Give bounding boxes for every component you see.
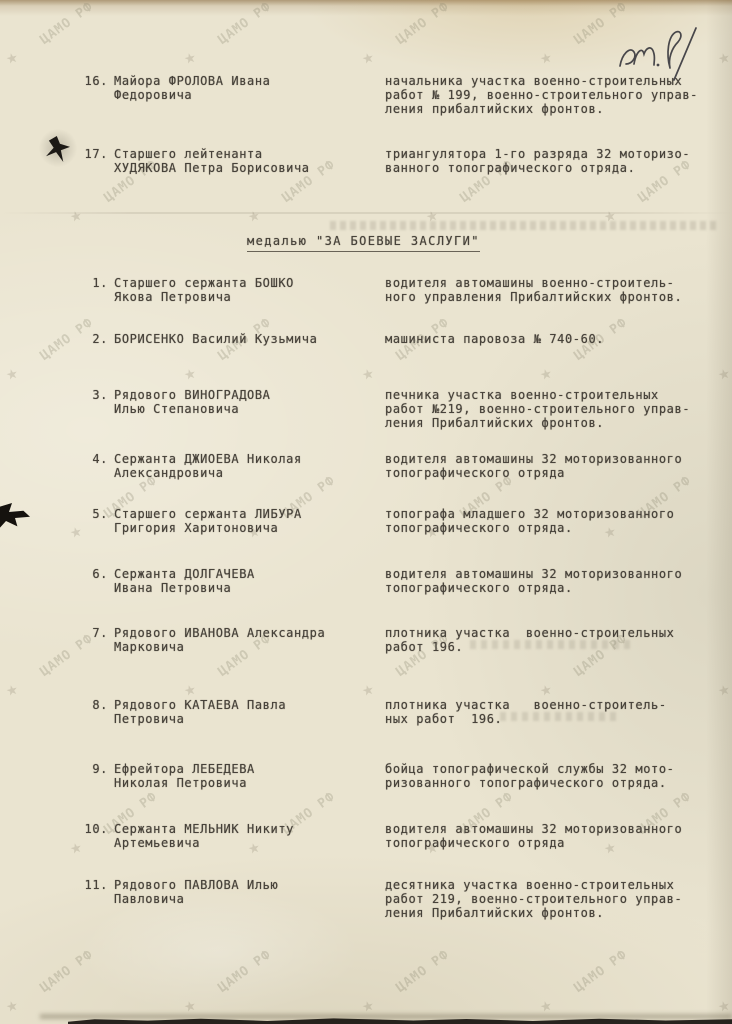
entry-number: 3. [76,388,108,402]
recipient-name-line: Рядового КАТАЕВА Павла [114,698,286,712]
page-bottom-shadow [40,1014,732,1019]
recipient-name-line: Ивана Петровича [114,581,255,595]
star-watermark-icon: ★ [360,361,376,385]
award-description-line: триангулятора 1-го разряда 32 моторизо- [385,147,690,161]
entry-number: 16. [76,74,108,88]
star-watermark-icon: ★ [4,993,20,1017]
award-description: водителя автомашины 32 моторизованного т… [385,567,682,595]
camo-watermark-text: ЦАМО РФ [571,947,630,995]
star-watermark-icon: ★ [68,203,84,227]
recipient-name-line: Григория Харитоновича [114,521,302,535]
star-watermark-icon: ★ [538,361,554,385]
recipient-name-line: Федоровича [114,88,271,102]
award-description-line: ризованного топографического отряда. [385,776,675,790]
recipient-name: Рядового ПАВЛОВА Илью Павловича [114,878,278,906]
award-description: начальника участка военно-строительных р… [385,74,698,116]
recipient-name: Рядового ИВАНОВА Александра Марковича [114,626,325,654]
camo-watermark-text: ЦАМО РФ [215,947,274,995]
entry-number: 4. [76,452,108,466]
camo-watermark-text: ЦАМО РФ [393,947,452,995]
recipient-name-line: Павловича [114,892,278,906]
award-description-line: водителя автомашины военно-строитель- [385,276,682,290]
recipient-name-line: Сержанта ДЖИОЕВА Николая [114,452,302,466]
award-description-line: работ 219, военно-строительного управ- [385,892,682,906]
entry-number: 2. [76,332,108,346]
recipient-name: Рядового КАТАЕВА Павла Петровича [114,698,286,726]
entry-number: 6. [76,567,108,581]
entry-number: 7. [76,626,108,640]
award-description: водителя автомашины 32 моторизованного т… [385,822,682,850]
award-description-line: бойца топографической службы 32 мото- [385,762,675,776]
paper-crease [0,212,732,214]
star-watermark-icon: ★ [4,45,20,69]
award-description: водителя автомашины военно-строитель- но… [385,276,682,304]
award-description-line: топографа младшего 32 моторизованного [385,507,675,521]
award-description-line: водителя автомашины 32 моторизованного [385,822,682,836]
award-description-line: плотника участка военно-строитель- [385,698,667,712]
recipient-name-line: Илью Степановича [114,402,271,416]
entry-number: 5. [76,507,108,521]
recipient-name-line: Александровича [114,466,302,480]
award-description-line: ного управления Прибалтийских фронтов. [385,290,682,304]
recipient-name-line: Старшего лейтенанта [114,147,310,161]
entry-number: 9. [76,762,108,776]
scanned-document-page: ★ЦАМО РФ★ЦАМО РФ★ЦАМО РФ★ЦАМО РФ★ЦАМО РФ… [0,0,732,1024]
recipient-name-line: Ефрейтора ЛЕБЕДЕВА [114,762,255,776]
award-description: водителя автомашины 32 моторизованного т… [385,452,682,480]
star-watermark-icon: ★ [360,677,376,701]
award-description-line: ления Прибалтийских фронтов. [385,906,682,920]
award-description-line: начальника участка военно-строительных [385,74,698,88]
recipient-name-line: Старшего сержанта БОШКО [114,276,294,290]
recipient-name: Сержанта ДОЛГАЧЕВА Ивана Петровича [114,567,255,595]
faded-stamp-text [330,221,720,230]
award-description: бойца топографической службы 32 мото- ри… [385,762,675,790]
recipient-name: Старшего сержанта ЛИБУРА Григория Харито… [114,507,302,535]
award-description: плотника участка военно-строитель- ных р… [385,698,667,726]
award-description: плотника участка военно-строительных раб… [385,626,675,654]
recipient-name-line: Рядового ПАВЛОВА Илью [114,878,278,892]
camo-watermark-text: ЦАМО РФ [37,0,96,48]
star-watermark-icon: ★ [182,45,198,69]
recipient-name-line: Николая Петровича [114,776,255,790]
entry-number: 10. [76,822,108,836]
award-description: машиниста паровоза № 740-60. [385,332,604,346]
award-description-line: печника участка военно-строительных [385,388,690,402]
entry-number: 11. [76,878,108,892]
award-description-line: водителя автомашины 32 моторизованного [385,567,682,581]
entry-number: 17. [76,147,108,161]
award-description-line: топографического отряда. [385,521,675,535]
recipient-name-line: Сержанта МЕЛЬНИК Никиту [114,822,294,836]
ink-dot [657,64,660,67]
star-watermark-icon: ★ [4,677,20,701]
recipient-name-line: Майора ФРОЛОВА Ивана [114,74,271,88]
star-watermark-icon: ★ [182,361,198,385]
award-description-line: десятника участка военно-строительных [385,878,682,892]
award-description-line: работ № 199, военно-строительного управ- [385,88,698,102]
award-description-line: ления прибалтийских фронтов. [385,102,698,116]
star-watermark-icon: ★ [68,835,84,859]
recipient-name-line: Артемьевича [114,836,294,850]
recipient-name-line: Марковича [114,640,325,654]
recipient-name-line: Якова Петровича [114,290,294,304]
recipient-name: Сержанта ДЖИОЕВА Николая Александровича [114,452,302,480]
star-watermark-icon: ★ [538,45,554,69]
section-heading: медалью "ЗА БОЕВЫЕ ЗАСЛУГИ" [247,234,480,252]
award-description-line: ванного топографического отряда. [385,161,690,175]
recipient-name-line: Петровича [114,712,286,726]
award-description-line: ления Прибалтийских фронтов. [385,416,690,430]
award-description: десятника участка военно-строительных ра… [385,878,682,920]
camo-watermark-text: ЦАМО РФ [37,947,96,995]
recipient-name: Старшего сержанта БОШКО Якова Петровича [114,276,294,304]
award-description-line: работ №219, военно-строительного управ- [385,402,690,416]
recipient-name-line: Рядового ИВАНОВА Александра [114,626,325,640]
recipient-name: Сержанта МЕЛЬНИК Никиту Артемьевича [114,822,294,850]
entry-number: 1. [76,276,108,290]
recipient-name: Ефрейтора ЛЕБЕДЕВА Николая Петровича [114,762,255,790]
star-watermark-icon: ★ [68,519,84,543]
star-watermark-icon: ★ [360,45,376,69]
award-description-line: водителя автомашины 32 моторизованного [385,452,682,466]
recipient-name-line: Рядового ВИНОГРАДОВА [114,388,271,402]
ink-blot [0,503,30,533]
award-description-line: работ 196. [385,640,675,654]
recipient-name: БОРИСЕНКО Василий Кузьмича [114,332,317,346]
star-watermark-icon: ★ [716,361,732,385]
award-description-line: топографического отряда. [385,581,682,595]
camo-watermark-text: ЦАМО РФ [393,0,452,48]
recipient-name-line: Старшего сержанта ЛИБУРА [114,507,302,521]
award-description: топографа младшего 32 моторизованного то… [385,507,675,535]
star-watermark-icon: ★ [246,203,262,227]
star-watermark-icon: ★ [716,45,732,69]
entry-number: 8. [76,698,108,712]
star-watermark-icon: ★ [4,361,20,385]
award-description-line: плотника участка военно-строительных [385,626,675,640]
camo-watermark-text: ЦАМО РФ [215,0,274,48]
award-description: печника участка военно-строительных рабо… [385,388,690,430]
award-description-line: топографического отряда [385,466,682,480]
recipient-name-line: Сержанта ДОЛГАЧЕВА [114,567,255,581]
recipient-name: Старшего лейтенанта ХУДЯКОВА Петра Борис… [114,147,310,175]
award-description-line: машиниста паровоза № 740-60. [385,332,604,346]
award-description-line: ных работ 196. [385,712,667,726]
award-description: триангулятора 1-го разряда 32 моторизо- … [385,147,690,175]
recipient-name-line: ХУДЯКОВА Петра Борисовича [114,161,310,175]
award-description-line: топографического отряда [385,836,682,850]
recipient-name: Рядового ВИНОГРАДОВА Илью Степановича [114,388,271,416]
recipient-name: Майора ФРОЛОВА Ивана Федоровича [114,74,271,102]
recipient-name-line: БОРИСЕНКО Василий Кузьмича [114,332,317,346]
star-watermark-icon: ★ [716,677,732,701]
